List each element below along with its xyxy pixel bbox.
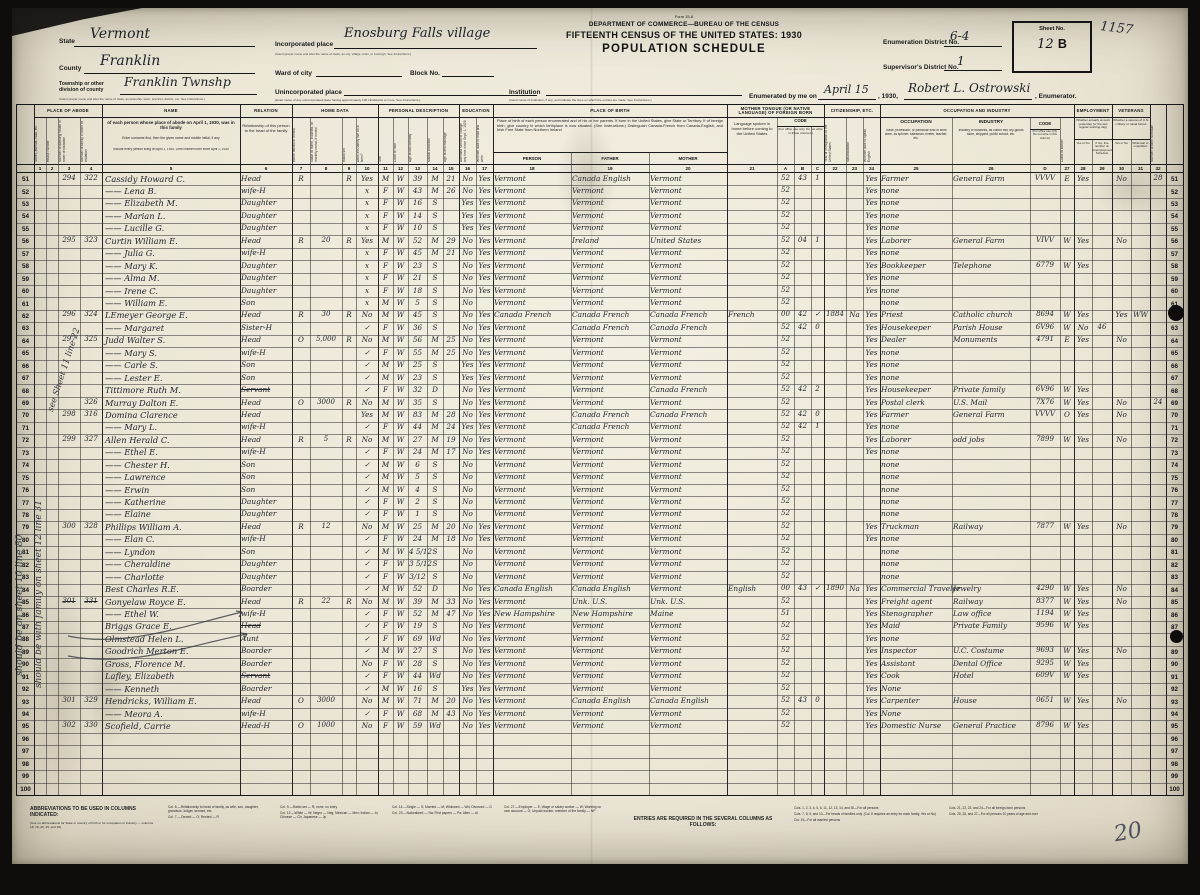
pob-sub-label: PERSON <box>493 152 571 164</box>
cell-sx-81: M <box>379 547 392 559</box>
cell-bm-69: Vermont <box>650 398 726 410</box>
cell-sch-72: No <box>460 435 475 447</box>
cell-age-89: 27 <box>409 646 426 658</box>
cell-na-84: Na <box>847 584 862 596</box>
cell-age-92: 16 <box>409 684 426 696</box>
cell-age-53: 16 <box>409 198 426 210</box>
cell-cD-51: VVVV <box>1031 174 1059 186</box>
cell-cC-71: 1 <box>812 422 823 434</box>
cell-c-68: W <box>394 385 407 397</box>
cell-bp-69: Vermont <box>494 398 570 410</box>
cell-rd-88: Yes <box>477 634 492 646</box>
cell-bm-67: Vermont <box>650 373 726 385</box>
cell-name-67: —— Lester E. <box>105 373 241 385</box>
column-group-title: PERSONAL DESCRIPTION <box>378 105 459 118</box>
cell-am-86: 47 <box>444 609 458 621</box>
cell-en-95: Yes <box>864 721 879 733</box>
cell-m-94: M <box>428 709 442 721</box>
line-number: 79 <box>18 522 33 534</box>
cell-sch-82: No <box>460 559 475 571</box>
cell-m-90: S <box>428 659 442 671</box>
cell-occ-91: Cook <box>881 671 951 683</box>
cell-en-54: Yes <box>864 211 879 223</box>
table-line <box>1131 139 1132 173</box>
cell-en-65: Yes <box>864 348 879 360</box>
employment-sub-label: Yes or No <box>1074 139 1092 164</box>
cell-bp-93: Vermont <box>494 696 570 708</box>
industry-title: INDUSTRY <box>952 120 1030 125</box>
cell-fm-71: ✓ <box>357 422 377 434</box>
cell-w28-79: Yes <box>1075 522 1091 534</box>
cell-fm-91: ✓ <box>357 671 377 683</box>
cell-am-71: 24 <box>444 422 458 434</box>
cell-f-72: 327 <box>81 435 101 447</box>
cell-en-79: Yes <box>864 522 879 534</box>
cell-m-95: Wd <box>428 721 442 733</box>
cell-m-54: S <box>428 211 442 223</box>
cell-name-75: —— Lawrence <box>105 472 241 484</box>
cell-bp-65: Vermont <box>494 348 570 360</box>
cell-m-51: M <box>428 174 442 186</box>
cell-sx-61: M <box>379 298 392 310</box>
cell-bf-61: Vermont <box>572 298 648 310</box>
cell-cA-73: 52 <box>778 447 793 459</box>
cell-bf-92: Vermont <box>572 684 648 696</box>
cell-age-90: 28 <box>409 659 426 671</box>
cell-name-62: LEmeyer George E. <box>105 310 241 322</box>
cell-cB-51: 43 <box>795 174 810 186</box>
cell-rel-81: Son <box>241 547 291 559</box>
table-line <box>571 152 572 173</box>
cell-fm-61: x <box>357 298 377 310</box>
cell-rel-75: Son <box>241 472 291 484</box>
cell-rd-67: Yes <box>477 373 492 385</box>
cell-sx-69: M <box>379 398 392 410</box>
cell-m-73: M <box>428 447 442 459</box>
cell-m-64: M <box>428 335 442 347</box>
cell-age-67: 23 <box>409 373 426 385</box>
cell-rel-70: Head <box>241 410 291 422</box>
cell-fm-84: ✓ <box>357 584 377 596</box>
cell-rd-93: Yes <box>477 696 492 708</box>
cell-sx-59: F <box>379 273 392 285</box>
cell-m-80: M <box>428 534 442 546</box>
cell-tg-84: English <box>728 584 776 596</box>
cell-rd-91: Yes <box>477 671 492 683</box>
cell-sch-51: No <box>460 174 475 186</box>
cell-cA-75: 52 <box>778 472 793 484</box>
cell-ind-63: Parish House <box>953 323 1029 335</box>
cell-en-91: Yes <box>864 671 879 683</box>
cell-bp-52: Vermont <box>494 186 570 198</box>
cell-bm-80: Vermont <box>650 534 726 546</box>
cell-bp-72: Vermont <box>494 435 570 447</box>
cell-c-92: W <box>394 684 407 696</box>
cell-fm-51: Yes <box>357 174 377 186</box>
cell-occ-70: Farmer <box>881 410 951 422</box>
margin-note-sheet12: should be with family on sheet 12 line 3… <box>34 500 44 688</box>
cell-occ-90: Assistant <box>881 659 951 671</box>
cell-ind-64: Monuments <box>953 335 1029 347</box>
cell-rel-58: Daughter <box>241 261 291 273</box>
cell-sx-67: M <box>379 373 392 385</box>
cell-cA-58: 52 <box>778 261 793 273</box>
cell-am-70: 28 <box>444 410 458 422</box>
cell-cB-93: 43 <box>795 696 810 708</box>
cell-bm-78: Vermont <box>650 509 726 521</box>
cell-fm-95: No <box>357 721 377 733</box>
cell-bf-55: Vermont <box>572 223 648 235</box>
column-label-fm: Does this family live on a farm? <box>357 120 377 162</box>
cell-m-79: M <box>428 522 442 534</box>
cell-w28-63: No <box>1075 323 1091 335</box>
cell-c-59: W <box>394 273 407 285</box>
cell-rel-82: Daughter <box>241 559 291 571</box>
cell-bf-56: Ireland <box>572 236 648 248</box>
cell-age-56: 52 <box>409 236 426 248</box>
cell-v30-84: No <box>1113 584 1130 596</box>
cell-fm-63: ✓ <box>357 323 377 335</box>
cell-c-91: W <box>394 671 407 683</box>
line-number: 64 <box>1167 335 1182 347</box>
cell-fm-94: ✓ <box>357 709 377 721</box>
column-group-title: EDUCATION <box>459 105 493 118</box>
cell-rel-80: wife-H <box>241 534 291 546</box>
cell-m-70: M <box>428 410 442 422</box>
cell-name-78: —— Elaine <box>105 509 241 521</box>
cell-fm-90: No <box>357 659 377 671</box>
table-line <box>1150 105 1151 173</box>
cell-cA-88: 52 <box>778 634 793 646</box>
cell-sx-57: F <box>379 248 392 260</box>
cell-cA-79: 52 <box>778 522 793 534</box>
cell-rd-59: Yes <box>477 273 492 285</box>
cell-occ-86: Stenographer <box>881 609 951 621</box>
cell-bm-59: Vermont <box>650 273 726 285</box>
cell-name-60: —— Irene C. <box>105 286 241 298</box>
cell-r-85: R <box>343 597 355 609</box>
cell-bp-94: Vermont <box>494 709 570 721</box>
cell-bm-54: Vermont <box>650 211 726 223</box>
table-header: PLACE OF ABODENAMERELATIONHOME DATAPERSO… <box>16 104 1184 173</box>
cell-cD-90: 9295 <box>1031 659 1059 671</box>
cell-fm-52: x <box>357 186 377 198</box>
abbreviations-list: Col. 6.—Relationship to head of family, … <box>168 805 608 819</box>
line-number: 61 <box>18 298 33 310</box>
line-number: 75 <box>18 472 33 484</box>
cell-cl-56: W <box>1061 236 1073 248</box>
column-label-f: Number of family in order of visitation <box>81 120 101 162</box>
cell-m-92: S <box>428 684 442 696</box>
cell-cB-71: 42 <box>795 422 810 434</box>
cell-bp-60: Vermont <box>494 286 570 298</box>
cell-rd-66: Yes <box>477 360 492 372</box>
line-number: 76 <box>1167 485 1182 497</box>
cell-bm-75: Vermont <box>650 472 726 484</box>
cell-im-62: 1884 <box>825 310 845 322</box>
cell-age-55: 10 <box>409 223 426 235</box>
veterans-desc: Whether a veteran of U.S. military or na… <box>1113 119 1149 126</box>
cell-v30-62: Yes <box>1113 310 1130 322</box>
cell-fm-76: ✓ <box>357 485 377 497</box>
cell-cA-59: 52 <box>778 273 793 285</box>
cell-rel-95: Head-H <box>241 721 291 733</box>
table-line <box>356 118 357 173</box>
cell-bm-52: Vermont <box>650 186 726 198</box>
cell-am-52: 26 <box>444 186 458 198</box>
cell-rel-76: Son <box>241 485 291 497</box>
cell-bp-95: Vermont <box>494 721 570 733</box>
cell-sx-82: F <box>379 559 392 571</box>
cell-cD-68: 6V96 <box>1031 385 1059 397</box>
handwritten-page-number: 20 <box>1112 818 1144 847</box>
cell-rel-68: Servant <box>241 385 291 397</box>
cell-rd-80: Yes <box>477 534 492 546</box>
cell-f-56: 323 <box>81 236 101 248</box>
cell-fm-65: ✓ <box>357 348 377 360</box>
cell-bf-81: Vermont <box>572 547 648 559</box>
cell-name-63: —— Margaret <box>105 323 241 335</box>
cell-sch-65: No <box>460 348 475 360</box>
table-line <box>310 118 311 173</box>
cell-cC-62: ✓ <box>812 310 823 322</box>
cell-en-52: Yes <box>864 186 879 198</box>
table-line <box>493 105 494 173</box>
cell-cA-70: 52 <box>778 410 793 422</box>
cell-rel-94: wife-H <box>241 709 291 721</box>
table-line <box>393 118 394 173</box>
cell-bf-54: Vermont <box>572 211 648 223</box>
cell-occ-80: none <box>881 534 951 546</box>
cell-r-56: R <box>343 236 355 248</box>
cell-rel-52: wife-H <box>241 186 291 198</box>
cell-age-63: 36 <box>409 323 426 335</box>
cell-c-56: W <box>394 236 407 248</box>
line-number: 76 <box>18 485 33 497</box>
cell-age-61: 5 <box>409 298 426 310</box>
footer: ABBREVIATIONS TO BE USED IN COLUMNS INDI… <box>16 800 1182 860</box>
entries-item: Cols. 25, 26, and 27—For all persons 10 … <box>949 812 1094 816</box>
codeD-label: CODE <box>1030 121 1060 130</box>
line-number: 69 <box>1167 398 1182 410</box>
cell-sx-70: M <box>379 410 392 422</box>
schedule-title: POPULATION SCHEDULE <box>564 43 804 55</box>
cell-m-61: S <box>428 298 442 310</box>
cell-en-66: Yes <box>864 360 879 372</box>
cell-rel-51: Head <box>241 174 291 186</box>
cell-bm-64: Vermont <box>650 335 726 347</box>
cell-fm-68: ✓ <box>357 385 377 397</box>
cell-sx-73: F <box>379 447 392 459</box>
cell-sx-95: F <box>379 721 392 733</box>
cell-occ-60: none <box>881 286 951 298</box>
line-number: 53 <box>18 198 33 210</box>
cell-w28-93: Yes <box>1075 696 1091 708</box>
cell-rd-84: Yes <box>477 584 492 596</box>
cell-c-54: W <box>394 211 407 223</box>
cell-cD-69: 7X76 <box>1031 398 1059 410</box>
cell-cA-65: 52 <box>778 348 793 360</box>
cell-name-55: —— Lucille G. <box>105 223 241 235</box>
cell-cA-71: 52 <box>778 422 793 434</box>
cell-ind-87: Private Family <box>953 621 1029 633</box>
cell-w28-85: Yes <box>1075 597 1091 609</box>
cell-f-69: 326 <box>81 398 101 410</box>
cell-rel-71: wife-H <box>241 422 291 434</box>
cell-bf-89: Vermont <box>572 646 648 658</box>
cell-en-60: Yes <box>864 286 879 298</box>
line-number: 58 <box>18 261 33 273</box>
cell-age-75: 5 <box>409 472 426 484</box>
cell-f-64: 325 <box>81 335 101 347</box>
cell-cD-89: 9693 <box>1031 646 1059 658</box>
incorporated-label: Incorporated place <box>275 41 333 48</box>
table-line <box>824 105 825 173</box>
cell-sch-69: No <box>460 398 475 410</box>
cell-am-57: 21 <box>444 248 458 260</box>
name-desc: of each person whose place of abode on A… <box>106 120 236 131</box>
cell-sx-79: M <box>379 522 392 534</box>
cell-d-56: 295 <box>59 236 79 248</box>
cell-en-93: Yes <box>864 696 879 708</box>
abbreviation-item: Col. 6.—Relationship to head of family, … <box>168 805 272 813</box>
cell-cl-86: W <box>1061 609 1073 621</box>
cell-ind-89: U.C. Costume <box>953 646 1029 658</box>
cell-cA-55: 52 <box>778 223 793 235</box>
cell-cl-68: W <box>1061 385 1073 397</box>
cell-r-69: R <box>343 398 355 410</box>
cell-ind-79: Railway <box>953 522 1029 534</box>
line-number: 98 <box>18 758 33 770</box>
table-line <box>811 127 812 173</box>
table-line <box>476 118 477 173</box>
cell-occ-51: Farmer <box>881 174 951 186</box>
cell-rd-89: Yes <box>477 646 492 658</box>
table-line <box>880 105 881 173</box>
cell-v30-72: No <box>1113 435 1130 447</box>
cell-cl-90: W <box>1061 659 1073 671</box>
form-titles: Form 15-6 DEPARTMENT OF COMMERCE—BUREAU … <box>564 14 804 55</box>
cell-c-65: W <box>394 348 407 360</box>
cell-name-92: —— Kenneth <box>105 684 241 696</box>
line-number: 89 <box>1167 646 1182 658</box>
cell-rd-71: Yes <box>477 422 492 434</box>
cell-cA-63: 52 <box>778 323 793 335</box>
line-number: 94 <box>18 709 33 721</box>
cell-name-66: —— Carle S. <box>105 360 241 372</box>
cell-age-52: 43 <box>409 186 426 198</box>
sheet-value-handwritten: 12 <box>1037 37 1054 52</box>
cell-bm-63: Canada French <box>650 323 726 335</box>
line-number: 60 <box>18 286 33 298</box>
cell-fm-72: No <box>357 435 377 447</box>
line-number: 86 <box>1167 609 1182 621</box>
cell-en-64: Yes <box>864 335 879 347</box>
enumerator-label: , Enumerator. <box>1035 93 1077 100</box>
cell-sch-85: No <box>460 597 475 609</box>
cell-sx-80: F <box>379 534 392 546</box>
line-number: 97 <box>18 746 33 758</box>
cell-bf-62: Canada French <box>572 310 648 322</box>
cell-bp-91: Vermont <box>494 671 570 683</box>
cell-occ-74: none <box>881 460 951 472</box>
employment-sub-label: If not, line number on Unemployment Sche… <box>1092 139 1112 164</box>
cell-v-64: 5,000 <box>311 335 341 347</box>
cell-f-93: 329 <box>81 696 101 708</box>
cell-name-52: —— Lena B. <box>105 186 241 198</box>
cell-rel-64: Head <box>241 335 291 347</box>
cell-age-64: 56 <box>409 335 426 347</box>
cell-bf-88: Vermont <box>572 634 648 646</box>
cell-cD-62: 8694 <box>1031 310 1059 322</box>
line-number: 66 <box>18 360 33 372</box>
state-value: Vermont <box>90 26 150 42</box>
rule <box>74 46 255 47</box>
employment-desc: Whether actually at work yesterday (or t… <box>1075 119 1111 130</box>
cell-en-90: Yes <box>864 659 879 671</box>
cell-bf-70: Canada French <box>572 410 648 422</box>
cell-c-55: W <box>394 223 407 235</box>
entries-item: Cols. 21, 22, 23, and 24—For all foreign… <box>949 806 1094 810</box>
line-number: 93 <box>1167 696 1182 708</box>
cell-c-95: W <box>394 721 407 733</box>
cell-c-78: W <box>394 509 407 521</box>
cell-en-63: Yes <box>864 323 879 335</box>
cell-m-74: S <box>428 460 442 472</box>
cell-occ-57: none <box>881 248 951 260</box>
cell-occ-61: none <box>881 298 951 310</box>
cell-name-95: Scofield, Carrie <box>105 721 241 733</box>
cell-m-62: S <box>428 310 442 322</box>
table-line <box>58 118 59 173</box>
cell-occ-56: Laborer <box>881 236 951 248</box>
cell-tg-62: French <box>728 310 776 322</box>
cell-bm-88: Vermont <box>650 634 726 646</box>
cell-cA-91: 52 <box>778 671 793 683</box>
cell-c-75: W <box>394 472 407 484</box>
cell-m-66: S <box>428 360 442 372</box>
cell-sch-86: No <box>460 609 475 621</box>
cell-ind-58: Telephone <box>953 261 1029 273</box>
cell-f-95: 330 <box>81 721 101 733</box>
column-label-rd: Whether able to read and write <box>477 120 492 162</box>
cell-sx-84: M <box>379 584 392 596</box>
cell-name-93: Hendricks, William E. <box>105 696 241 708</box>
table-line <box>649 152 650 173</box>
cell-cB-70: 42 <box>795 410 810 422</box>
cell-occ-72: Laborer <box>881 435 951 447</box>
cell-age-81: 4 5/12 <box>409 547 426 559</box>
cell-m-76: S <box>428 485 442 497</box>
line-number: 67 <box>1167 373 1182 385</box>
cell-rd-58: Yes <box>477 261 492 273</box>
cell-rd-62: Yes <box>477 310 492 322</box>
cell-am-73: 17 <box>444 447 458 459</box>
cell-bm-68: Canada French <box>650 385 726 397</box>
cell-en-62: Yes <box>864 310 879 322</box>
cell-rel-69: Head <box>241 398 291 410</box>
line-number: 72 <box>18 435 33 447</box>
cell-sch-73: No <box>460 447 475 459</box>
table-line <box>459 105 460 173</box>
cell-bp-81: Vermont <box>494 547 570 559</box>
enumerator-name: Robert L. Ostrowski <box>908 81 1030 95</box>
cell-m-93: M <box>428 696 442 708</box>
cell-en-68: Yes <box>864 385 879 397</box>
cell-fm-64: No <box>357 335 377 347</box>
rule <box>944 70 1002 71</box>
column-label-sx: Sex <box>379 120 392 162</box>
